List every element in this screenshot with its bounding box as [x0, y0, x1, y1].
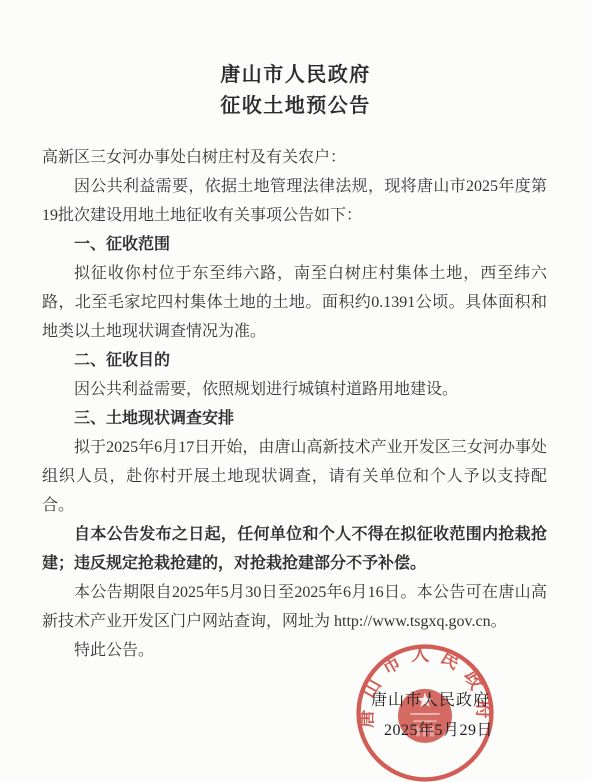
paragraph: 拟于2025年6月17日开始，由唐山高新技术产业开发区三女河办事处组织人员，赴你…	[42, 433, 547, 520]
document-body: 高新区三女河办事处白树庄村及有关农户： 因公共利益需要，依据土地管理法律法规，现…	[42, 143, 547, 665]
section-heading: 二、征收目的	[42, 346, 547, 375]
signature-date: 2025年5月29日	[384, 717, 493, 740]
document-paragraphs: 因公共利益需要，依据土地管理法律法规，现将唐山市2025年度第19批次建设用地土…	[42, 172, 547, 665]
document-title-line2: 征收土地预公告	[0, 91, 591, 122]
paragraph: 自本公告发布之日起，任何单位和个人不得在拟征收范围内抢栽抢建；违反规定抢栽抢建的…	[42, 520, 547, 578]
document-title: 唐山市人民政府 征收土地预公告	[0, 60, 591, 122]
seal-graphic: 唐山市人民政府	[352, 640, 498, 782]
announcement-page: 唐山市人民政府 征收土地预公告 高新区三女河办事处白树庄村及有关农户： 因公共利…	[0, 0, 591, 782]
official-seal: 唐山市人民政府	[352, 640, 498, 782]
document-title-line1: 唐山市人民政府	[0, 60, 591, 91]
paragraph: 本公告期限自2025年5月30日至2025年6月16日。本公告可在唐山高新技术产…	[42, 578, 547, 636]
signature-issuer: 唐山市人民政府	[371, 687, 490, 710]
paragraph: 拟征收你村位于东至纬六路，南至白树庄村集体土地，西至纬六路，北至毛家坨四村集体土…	[42, 259, 547, 346]
section-heading: 三、土地现状调查安排	[42, 404, 547, 433]
paragraph: 因公共利益需要，依据土地管理法律法规，现将唐山市2025年度第19批次建设用地土…	[42, 172, 547, 230]
section-heading: 一、征收范围	[42, 230, 547, 259]
salutation: 高新区三女河办事处白树庄村及有关农户：	[42, 143, 547, 172]
paragraph: 因公共利益需要，依照规划进行城镇村道路用地建设。	[42, 375, 547, 404]
